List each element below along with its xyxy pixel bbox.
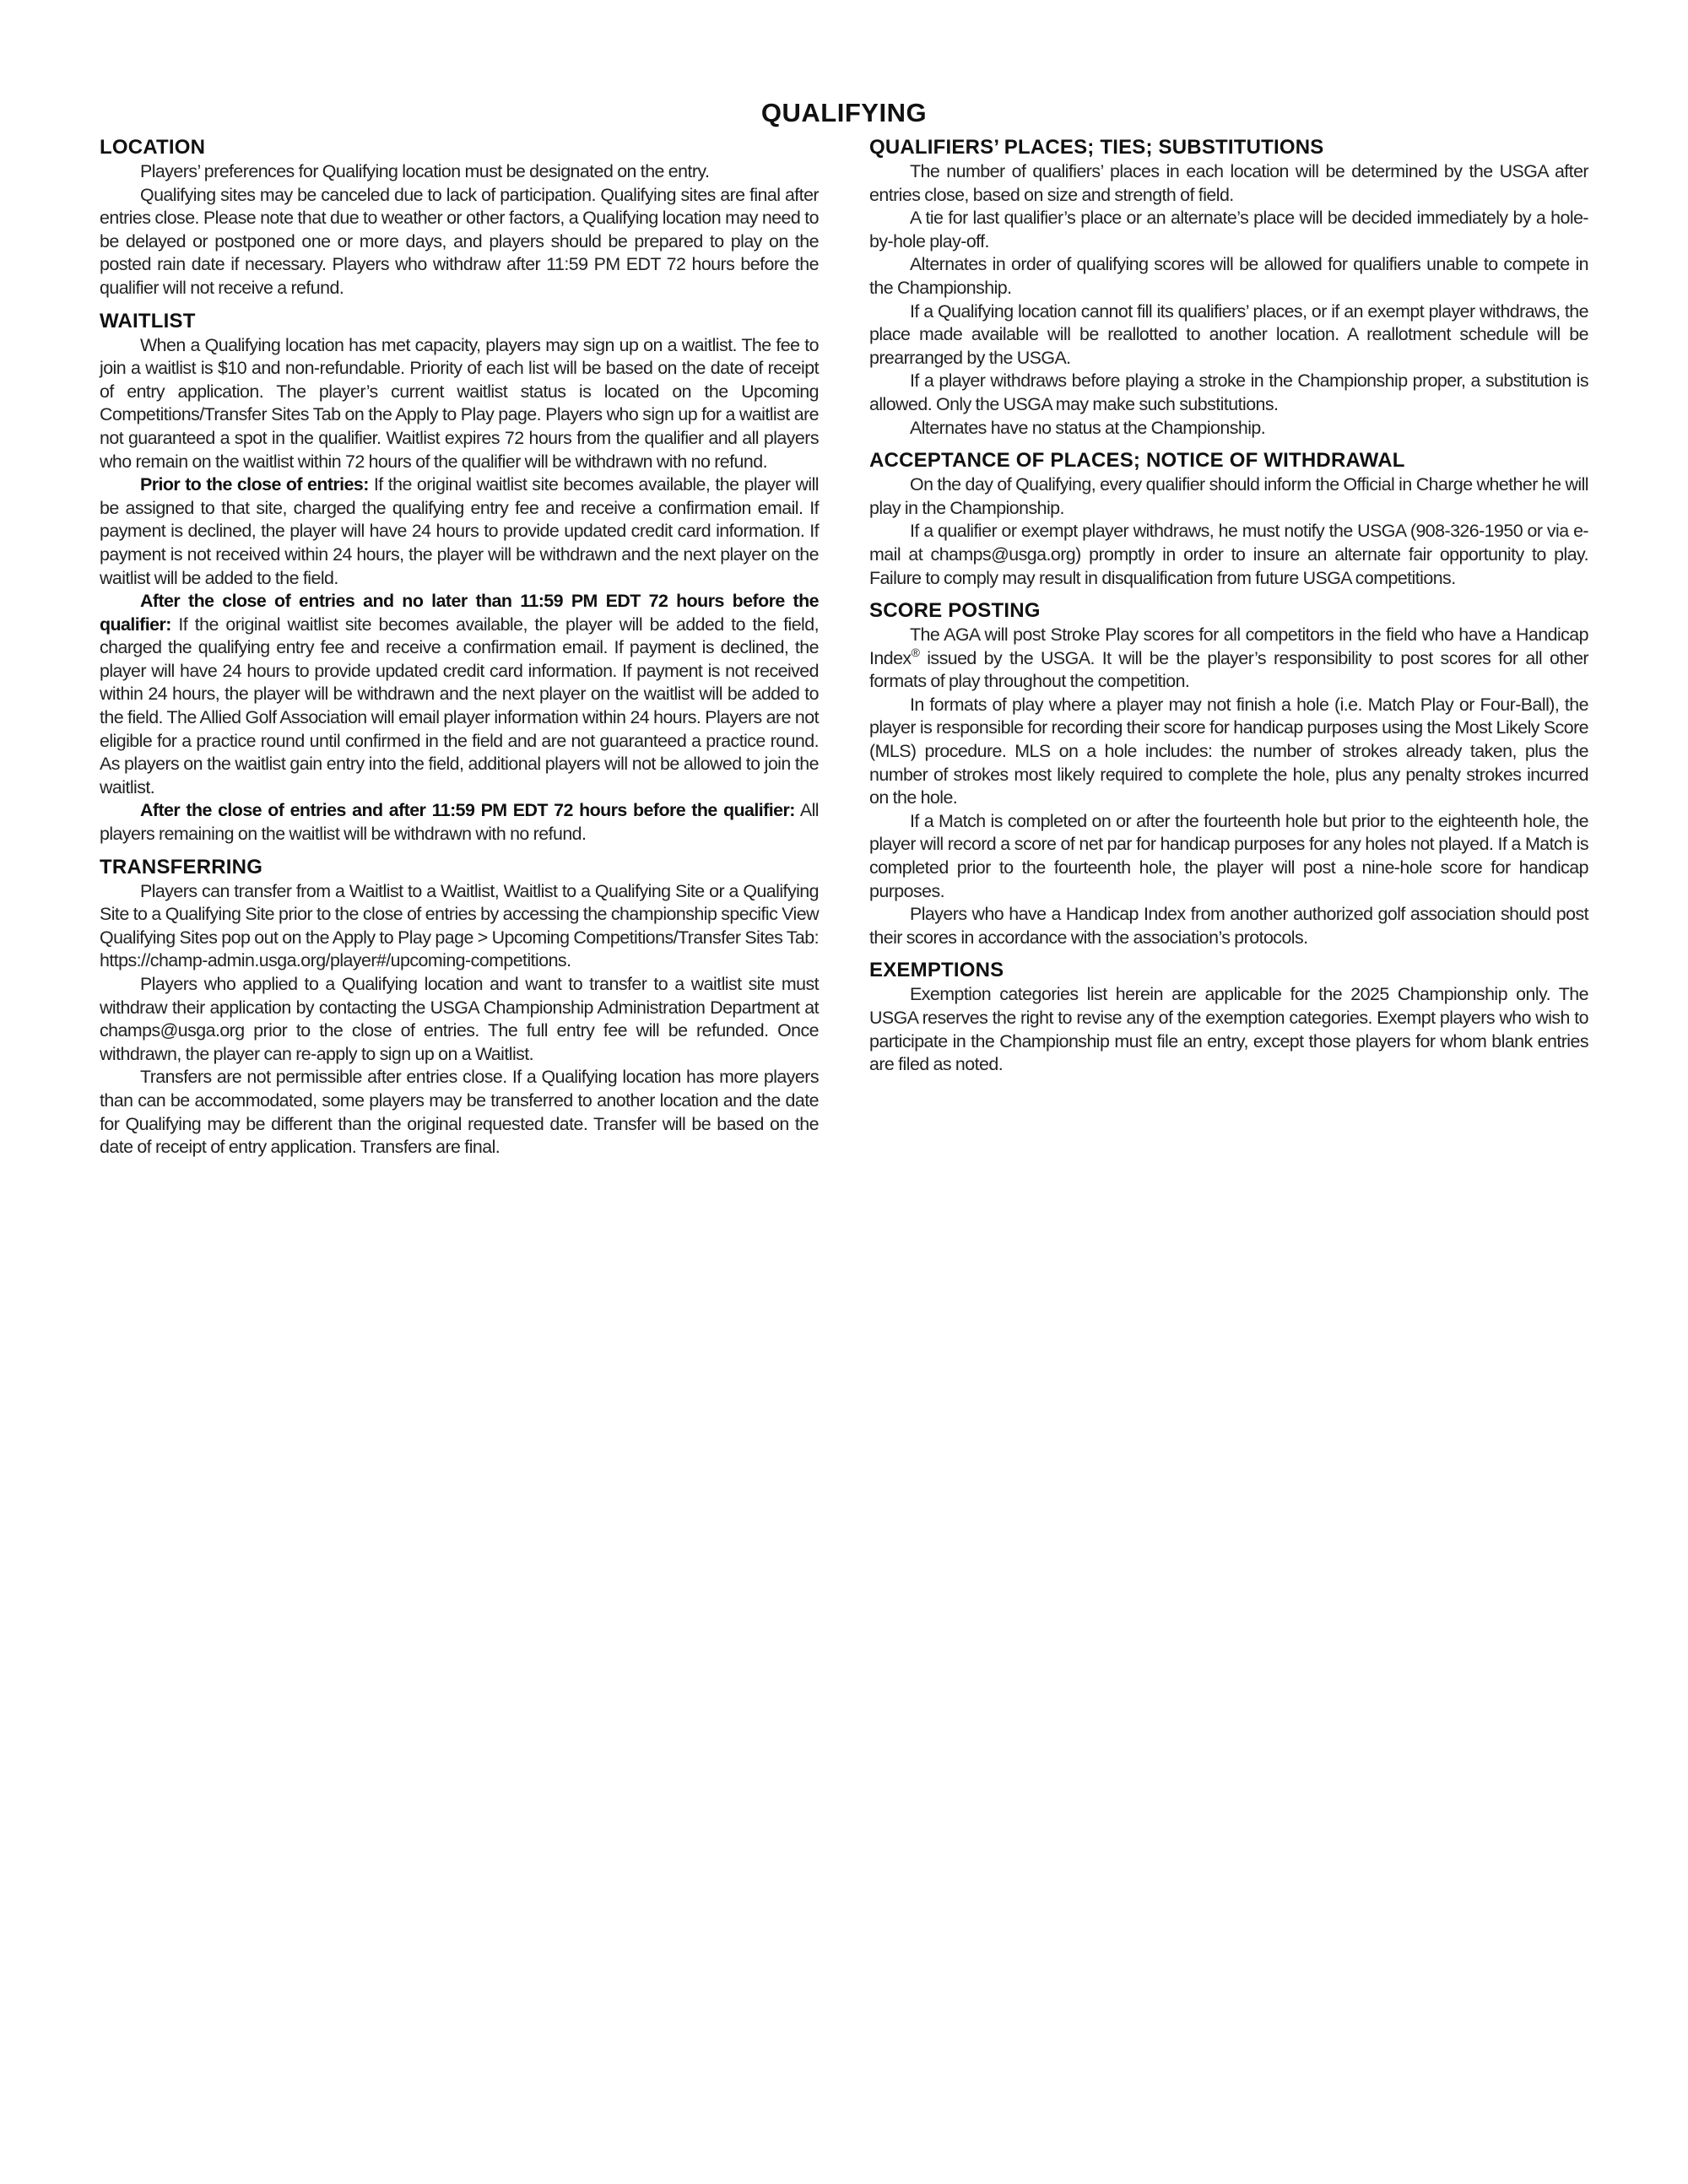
paragraph-after-close: After the close of entries and no later … — [100, 590, 819, 799]
paragraph-body: issued by the USGA. It will be the playe… — [869, 648, 1588, 692]
paragraph: Players who applied to a Qualifying loca… — [100, 973, 819, 1066]
section-heading-exemptions: EXEMPTIONS — [869, 958, 1588, 983]
section-heading-waitlist: WAITLIST — [100, 309, 819, 334]
paragraph: A tie for last qualifier’s place or an a… — [869, 207, 1588, 253]
paragraph: Alternates have no status at the Champio… — [869, 417, 1588, 441]
paragraph: If a player withdraws before playing a s… — [869, 370, 1588, 416]
section-waitlist: WAITLIST When a Qualifying location has … — [100, 309, 819, 846]
paragraph: Alternates in order of qualifying scores… — [869, 253, 1588, 300]
page-title: QUALIFYING — [0, 98, 1688, 128]
left-column: LOCATION Players’ preferences for Qualif… — [100, 135, 819, 1168]
paragraph-lead: After the close of entries and after 11:… — [140, 800, 795, 820]
section-score-posting: SCORE POSTING The AGA will post Stroke P… — [869, 598, 1588, 949]
paragraph: Exemption categories list herein are app… — [869, 983, 1588, 1076]
section-heading-transferring: TRANSFERRING — [100, 855, 819, 880]
section-heading-qualifiers-places: QUALIFIERS’ PLACES; TIES; SUBSTITUTIONS — [869, 135, 1588, 160]
paragraph-after-deadline: After the close of entries and after 11:… — [100, 799, 819, 846]
section-acceptance: ACCEPTANCE OF PLACES; NOTICE OF WITHDRAW… — [869, 448, 1588, 590]
section-heading-acceptance: ACCEPTANCE OF PLACES; NOTICE OF WITHDRAW… — [869, 448, 1588, 473]
paragraph: The AGA will post Stroke Play scores for… — [869, 624, 1588, 694]
paragraph-lead: Prior to the close of entries: — [140, 474, 369, 495]
paragraph: On the day of Qualifying, every qualifie… — [869, 473, 1588, 520]
section-heading-location: LOCATION — [100, 135, 819, 160]
paragraph: In formats of play where a player may no… — [869, 694, 1588, 810]
paragraph: The number of qualifiers’ places in each… — [869, 160, 1588, 207]
paragraph: If a Match is completed on or after the … — [869, 810, 1588, 903]
right-column: QUALIFIERS’ PLACES; TIES; SUBSTITUTIONS … — [869, 135, 1588, 1085]
paragraph-body: If the original waitlist site becomes av… — [100, 614, 819, 797]
section-qualifiers-places: QUALIFIERS’ PLACES; TIES; SUBSTITUTIONS … — [869, 135, 1588, 440]
section-exemptions: EXEMPTIONS Exemption categories list her… — [869, 958, 1588, 1076]
section-location: LOCATION Players’ preferences for Qualif… — [100, 135, 819, 300]
registered-mark: ® — [912, 646, 920, 659]
paragraph: Players’ preferences for Qualifying loca… — [100, 160, 819, 184]
section-heading-score-posting: SCORE POSTING — [869, 598, 1588, 624]
paragraph: Players can transfer from a Waitlist to … — [100, 880, 819, 973]
paragraph: If a qualifier or exempt player withdraw… — [869, 520, 1588, 590]
paragraph: If a Qualifying location cannot fill its… — [869, 300, 1588, 370]
paragraph-prior-to-close: Prior to the close of entries: If the or… — [100, 473, 819, 590]
paragraph: When a Qualifying location has met capac… — [100, 334, 819, 474]
paragraph: Transfers are not permissible after entr… — [100, 1066, 819, 1159]
paragraph: Players who have a Handicap Index from a… — [869, 903, 1588, 949]
paragraph: Qualifying sites may be canceled due to … — [100, 184, 819, 300]
section-transferring: TRANSFERRING Players can transfer from a… — [100, 855, 819, 1160]
